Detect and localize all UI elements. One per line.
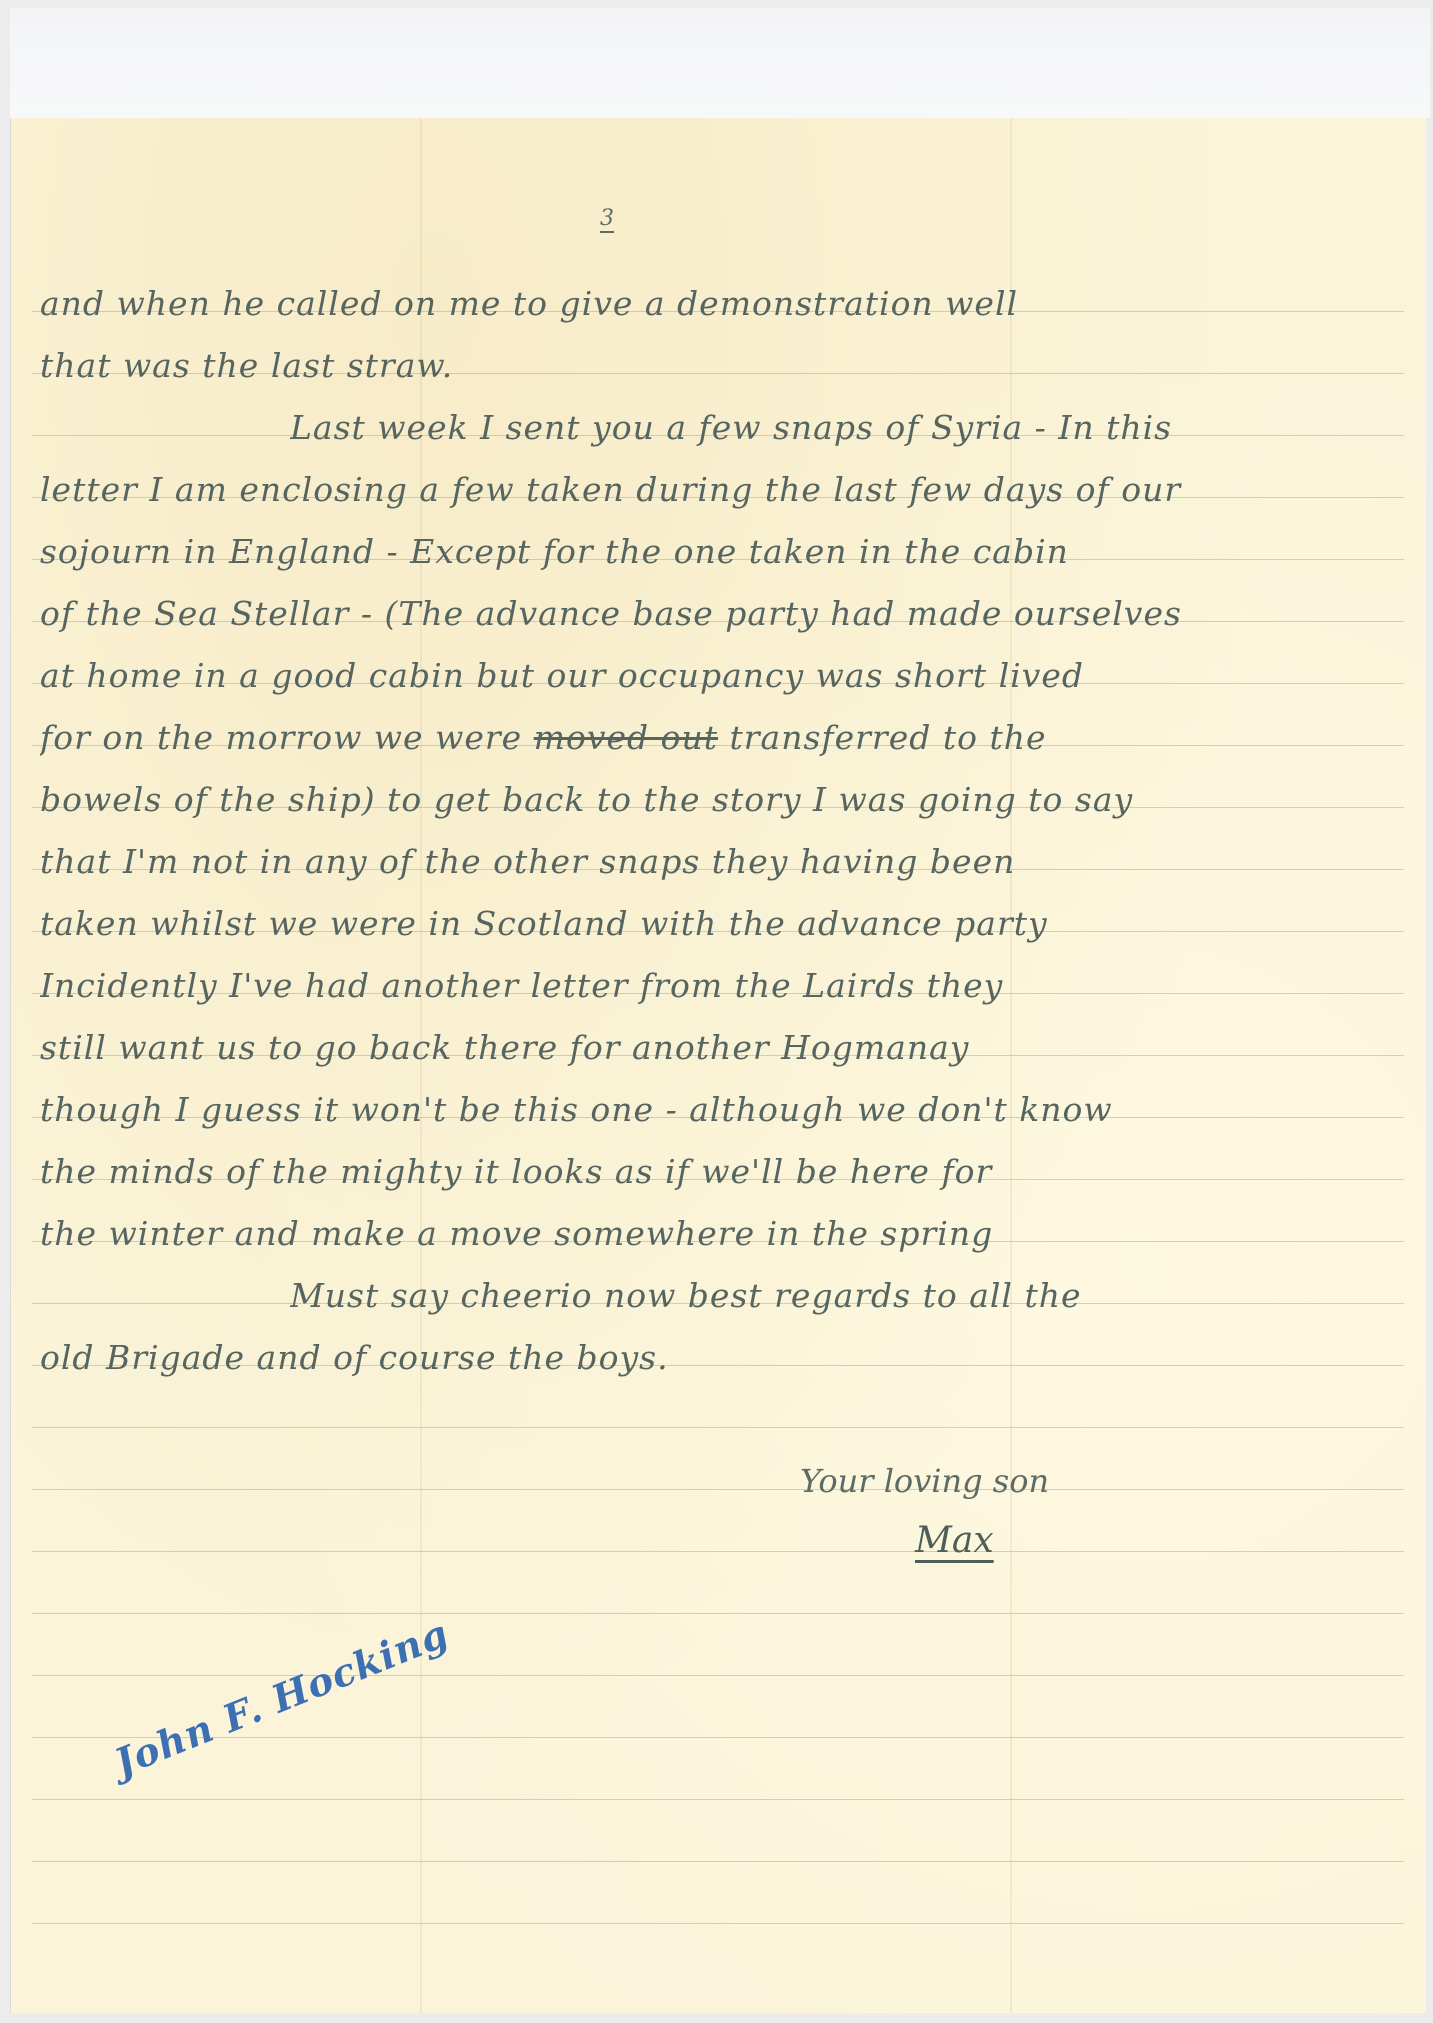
letter-line: of the Sea Stellar - (The advance base p… [40, 594, 1373, 633]
letter-line: though I guess it won't be this one - al… [40, 1090, 1373, 1129]
letter-line: Incidently I've had another letter from … [40, 966, 1373, 1005]
scanner-bed-margin [10, 8, 1430, 118]
letter-line-text: for on the morrow we were [40, 718, 522, 757]
letter-line: the winter and make a move somewhere in … [40, 1214, 1373, 1253]
letter-line: Last week I sent you a few snaps of Syri… [290, 408, 1373, 447]
struck-out-word: moved out [534, 718, 718, 757]
author-signoff: Max [915, 1520, 994, 1561]
letter-line: that I'm not in any of the other snaps t… [40, 842, 1373, 881]
letter-line: for on the morrow we were moved out tran… [40, 718, 1373, 757]
letter-line: taken whilst we were in Scotland with th… [40, 904, 1373, 943]
ruled-line [32, 1799, 1404, 1800]
letter-line: old Brigade and of course the boys. [40, 1338, 1373, 1377]
letter-line: that was the last straw. [40, 346, 1373, 385]
ruled-line [32, 1861, 1404, 1862]
letter-line: still want us to go back there for anoth… [40, 1028, 1373, 1067]
letter-line: sojourn in England - Except for the one … [40, 532, 1373, 571]
letter-line: at home in a good cabin but our occupanc… [40, 656, 1373, 695]
ruled-line [32, 1489, 1404, 1490]
letter-line: Must say cheerio now best regards to all… [290, 1276, 1373, 1315]
ruled-line [32, 1551, 1404, 1552]
ruled-line [32, 1427, 1404, 1428]
ruled-line [32, 1675, 1404, 1676]
letter-line: the minds of the mighty it looks as if w… [40, 1152, 1373, 1191]
letter-line: letter I am enclosing a few taken during… [40, 470, 1373, 509]
letter-line: and when he called on me to give a demon… [40, 284, 1373, 323]
ruled-line [32, 1613, 1404, 1614]
letter-line: bowels of the ship) to get back to the s… [40, 780, 1373, 819]
letter-line-text: transferred to the [730, 718, 1047, 757]
page-number: 3 [600, 206, 614, 231]
ruled-line [32, 1923, 1404, 1924]
closing-salutation: Your loving son [800, 1462, 1049, 1500]
